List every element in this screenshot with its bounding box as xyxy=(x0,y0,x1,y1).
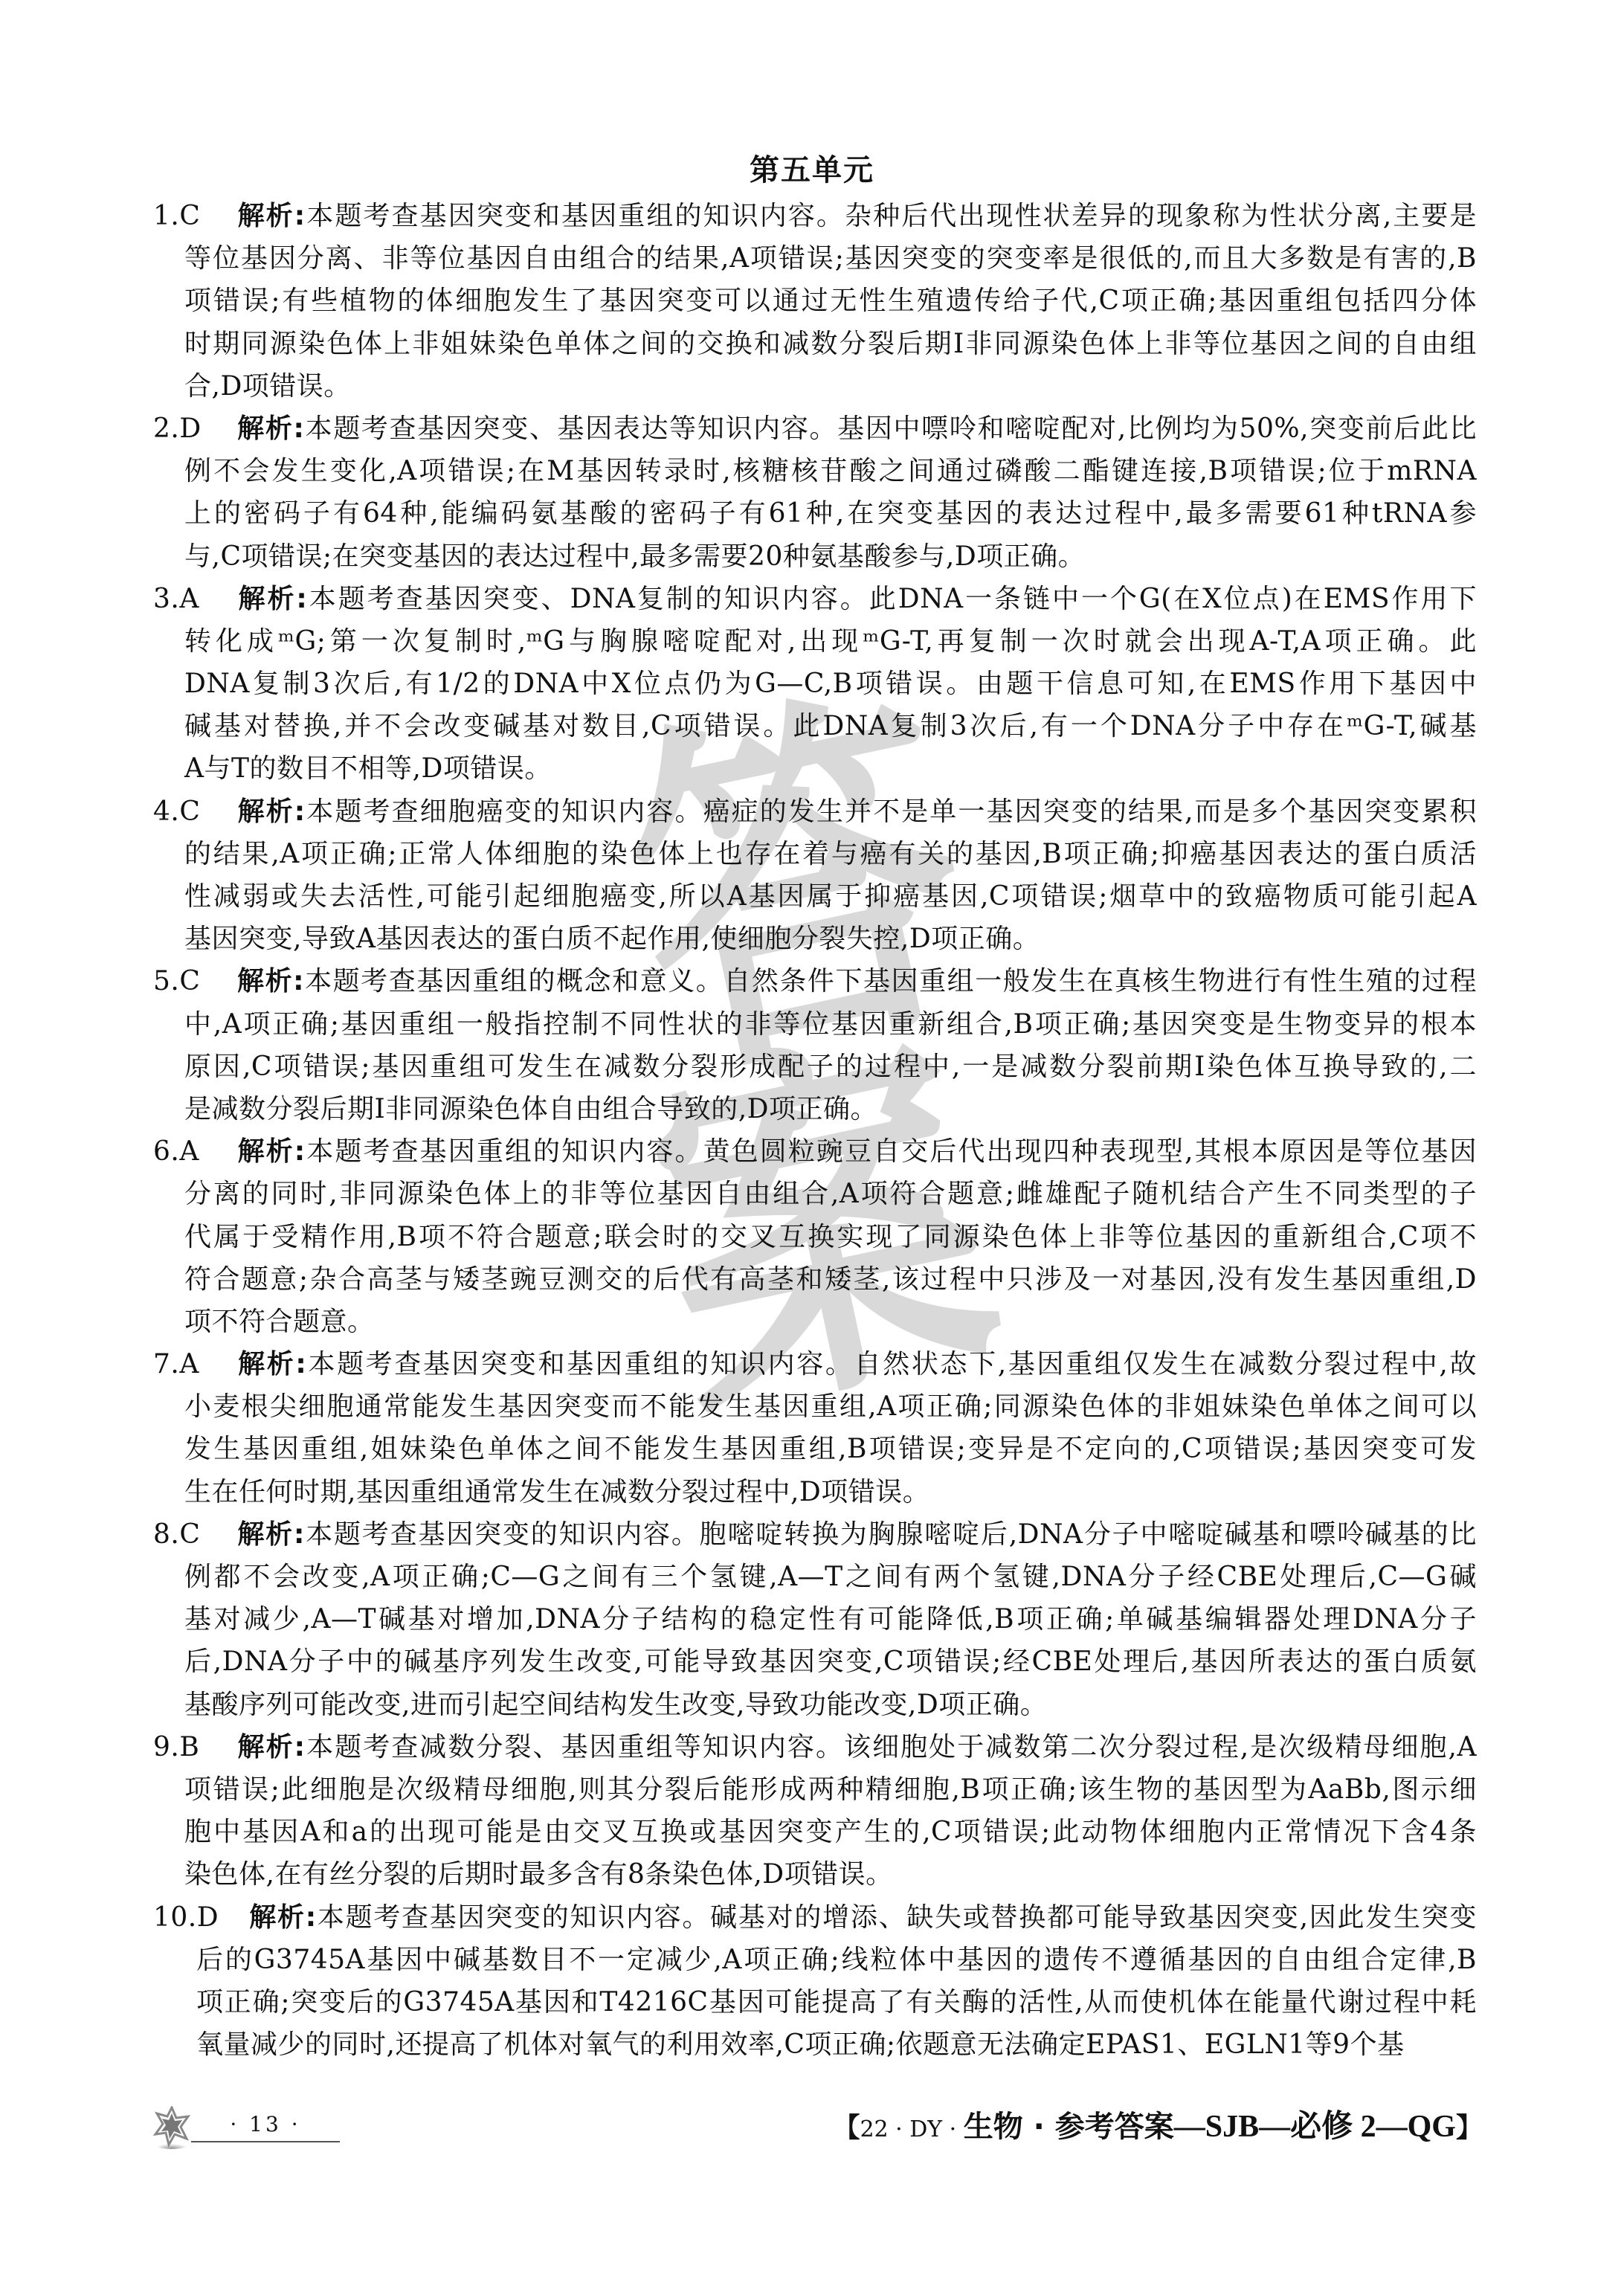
answer-line: A与T的数目不相等,D项错误。 xyxy=(153,747,1477,790)
answer-text: 合,D项错误。 xyxy=(184,371,351,402)
answer-item: 7.A解析:本题考查基因突变和基因重组的知识内容。自然状态下,基因重组仅发生在减… xyxy=(153,1343,1477,1513)
answer-line: 项错误;此细胞是次级精母细胞,则其分裂后能形成两种精细胞,B项正确;该生物的基因… xyxy=(153,1768,1477,1811)
answer-line: 染色体,在有丝分裂的后期时最多含有8条染色体,D项错误。 xyxy=(153,1853,1477,1896)
bracket-open: 【 xyxy=(833,2113,860,2143)
page-title: 第五单元 xyxy=(0,146,1624,189)
answer-line: 合,D项错误。 xyxy=(153,365,1477,408)
answer-line: 小麦根尖细胞通常能发生基因突变而不能发生基因重组,A项正确;同源染色体的非姐妹染… xyxy=(153,1385,1477,1428)
answer-text: 发生基因重组,姐妹染色单体之间不能发生基因重组,B项错误;变异是不定向的,C项错… xyxy=(184,1434,1477,1464)
answer-text: 本题考查基因突变、DNA复制的知识内容。此DNA一条链中一个G(在X位点)在EM… xyxy=(307,584,1477,614)
answer-text: 上的密码子有64种,能编码氨基酸的密码子有61种,在突变基因的表达过程中,最多需… xyxy=(184,498,1477,529)
answer-text: 小麦根尖细胞通常能发生基因突变而不能发生基因重组,A项正确;同源染色体的非姐妹染… xyxy=(184,1391,1477,1422)
answer-text: 氧量减少的同时,还提高了机体对氧气的利用效率,C项正确;依题意无法确定EPAS1… xyxy=(196,2029,1405,2060)
answer-first-line: 3.A解析:本题考查基因突变、DNA复制的知识内容。此DNA一条链中一个G(在X… xyxy=(153,578,1477,620)
answer-item: 10.D解析:本题考查基因突变的知识内容。碱基对的增添、缺失或替换都可能导致基因… xyxy=(153,1896,1477,2067)
answer-line: 例都不会改变,A项正确;C—G之间有三个氢键,A—T之间有两个氢键,DNA分子经… xyxy=(153,1556,1477,1598)
answer-text: 分离的同时,非同源染色体上的非等位基因自由组合,A项符合题意;雌雄配子随机结合产… xyxy=(184,1179,1477,1209)
answer-item: 5.C解析:本题考查基因重组的概念和意义。自然条件下基因重组一般发生在真核生物进… xyxy=(153,960,1477,1130)
answer-first-line: 9.B解析:本题考查减数分裂、基因重组等知识内容。该细胞处于减数第二次分裂过程,… xyxy=(153,1726,1477,1768)
analysis-label: 解析: xyxy=(236,201,306,231)
answer-line: 代属于受精作用,B项不符合题意;联会时的交叉互换实现了同源染色体上非等位基因的重… xyxy=(153,1216,1477,1258)
answer-item: 3.A解析:本题考查基因突变、DNA复制的知识内容。此DNA一条链中一个G(在X… xyxy=(153,578,1477,790)
answer-number: 2.D xyxy=(153,408,236,450)
answer-line: 时期同源染色体上非姐妹染色单体之间的交换和减数分裂后期Ⅰ非同源染色体上非等位基因… xyxy=(153,323,1477,365)
answer-text: 后,DNA分子中的碱基序列发生改变,可能导致基因突变,C项错误;经CBE处理后,… xyxy=(184,1646,1477,1677)
answer-item: 8.C解析:本题考查基因突变的知识内容。胞嘧啶转换为胸腺嘧啶后,DNA分子中嘧啶… xyxy=(153,1513,1477,1726)
answer-text: 后的G3745A基因中碱基数目不一定减少,A项正确;线粒体中基因的遗传不遵循基因… xyxy=(196,1945,1477,1975)
answer-text: 是减数分裂后期Ⅰ非同源染色体自由组合导致的,D项正确。 xyxy=(184,1094,877,1124)
answer-number: 9.B xyxy=(153,1726,236,1768)
answer-number: 4.C xyxy=(153,790,236,833)
answer-line: 胞中基因A和a的出现可能是由交叉互换或基因突变产生的,C项错误;此动物体细胞内正… xyxy=(153,1811,1477,1853)
book-code: 【22 · DY · 生物 · 参考答案—SJB—必修 2—QG】 xyxy=(833,2102,1483,2146)
answer-line: 基对减少,A—T碱基对增加,DNA分子结构的稳定性有可能降低,B项正确;单碱基编… xyxy=(153,1598,1477,1640)
answer-line: 后,DNA分子中的碱基序列发生改变,可能导致基因突变,C项错误;经CBE处理后,… xyxy=(153,1640,1477,1683)
answer-line: 项错误;有些植物的体细胞发生了基因突变可以通过无性生殖遗传给子代,C项正确;基因… xyxy=(153,280,1477,322)
answer-line: 原因,C项错误;基因重组可发生在减数分裂形成配子的过程中,一是减数分裂前期Ⅰ染色… xyxy=(153,1046,1477,1088)
answer-text: 本题考查细胞癌变的知识内容。癌症的发生并不是单一基因突变的结果,而是多个基因突变… xyxy=(306,796,1477,827)
answer-item: 9.B解析:本题考查减数分裂、基因重组等知识内容。该细胞处于减数第二次分裂过程,… xyxy=(153,1726,1477,1896)
answer-line: DNA复制3次后,有1/2的DNA中X位点仍为G—C,B项错误。由题干信息可知,… xyxy=(153,663,1477,705)
bracket-close: 】 xyxy=(1456,2113,1483,2143)
answer-text: 染色体,在有丝分裂的后期时最多含有8条染色体,D项错误。 xyxy=(184,1859,893,1890)
star-logo-icon xyxy=(152,2106,191,2149)
answer-text: 原因,C项错误;基因重组可发生在减数分裂形成配子的过程中,一是减数分裂前期Ⅰ染色… xyxy=(184,1052,1477,1082)
answer-text: A与T的数目不相等,D项错误。 xyxy=(184,753,552,784)
answer-text: 的结果,A项正确;正常人体细胞的染色体上也存在着与癌有关的基因,B项正确;抑癌基… xyxy=(184,839,1477,869)
answer-text: 基酸序列可能改变,进而引起空间结构发生改变,导致功能改变,D项正确。 xyxy=(184,1690,1047,1720)
answer-text: 碱基对替换,并不会改变碱基对数目,C项错误。此DNA复制3次后,有一个DNA分子… xyxy=(184,711,1477,741)
answer-line: 例不会发生变化,A项错误;在M基因转录时,核糖核苷酸之间通过磷酸二酯键连接,B项… xyxy=(153,450,1477,492)
answer-number: 7.A xyxy=(153,1343,236,1385)
answer-number: 6.A xyxy=(153,1130,236,1173)
book-series: —SJB—必修 2—QG xyxy=(1174,2110,1456,2144)
answer-line: 中,A项正确;基因重组一般指控制不同性状的非等位基因重新组合,B项正确;基因突变… xyxy=(153,1003,1477,1046)
answer-line: 项正确;突变后的G3745A基因和T4216C基因可能提高了有关酶的活性,从而使… xyxy=(153,1981,1477,2023)
page-number-block: · 13 · xyxy=(152,2106,361,2151)
answer-text: 项错误;此细胞是次级精母细胞,则其分裂后能形成两种精细胞,B项正确;该生物的基因… xyxy=(184,1774,1477,1805)
analysis-label: 解析: xyxy=(236,1349,306,1379)
answer-text: 项不符合题意。 xyxy=(184,1307,375,1337)
analysis-label: 解析: xyxy=(236,1732,306,1762)
book-code-prefix: 22 · DY · xyxy=(860,2116,963,2142)
answer-first-line: 5.C解析:本题考查基因重组的概念和意义。自然条件下基因重组一般发生在真核生物进… xyxy=(153,960,1477,1002)
answer-text: 本题考查基因突变、基因表达等知识内容。基因中嘌呤和嘧啶配对,比例均为50%,突变… xyxy=(304,413,1477,444)
answer-item: 2.D解析:本题考查基因突变、基因表达等知识内容。基因中嘌呤和嘧啶配对,比例均为… xyxy=(153,408,1477,578)
answer-text: 例都不会改变,A项正确;C—G之间有三个氢键,A—T之间有两个氢键,DNA分子经… xyxy=(184,1562,1477,1592)
answer-first-line: 6.A解析:本题考查基因重组的知识内容。黄色圆粒豌豆自交后代出现四种表现型,其根… xyxy=(153,1130,1477,1173)
answer-line: 等位基因分离、非等位基因自由组合的结果,A项错误;基因突变的突变率是很低的,而且… xyxy=(153,237,1477,280)
answer-first-line: 4.C解析:本题考查细胞癌变的知识内容。癌症的发生并不是单一基因突变的结果,而是… xyxy=(153,790,1477,833)
answer-text: 本题考查基因突变和基因重组的知识内容。自然状态下,基因重组仅发生在减数分裂过程中… xyxy=(306,1349,1477,1379)
answer-line: 基因突变,导致A基因表达的蛋白质不起作用,使细胞分裂失控,D项正确。 xyxy=(153,918,1477,960)
page-number: · 13 · xyxy=(191,2112,340,2142)
answer-number: 1.C xyxy=(153,195,236,237)
answer-first-line: 8.C解析:本题考查基因突变的知识内容。胞嘧啶转换为胸腺嘧啶后,DNA分子中嘧啶… xyxy=(153,1513,1477,1556)
answer-line: 发生基因重组,姐妹染色单体之间不能发生基因重组,B项错误;变异是不定向的,C项错… xyxy=(153,1428,1477,1470)
answer-line: 基酸序列可能改变,进而引起空间结构发生改变,导致功能改变,D项正确。 xyxy=(153,1684,1477,1726)
answer-text: 例不会发生变化,A项错误;在M基因转录时,核糖核苷酸之间通过磷酸二酯键连接,B项… xyxy=(184,456,1477,486)
answer-list: 1.C解析:本题考查基因突变和基因重组的知识内容。杂种后代出现性状差异的现象称为… xyxy=(153,195,1477,2066)
answer-text: DNA复制3次后,有1/2的DNA中X位点仍为G—C,B项错误。由题干信息可知,… xyxy=(184,669,1477,699)
answer-line: 符合题意;杂合高茎与矮茎豌豆测交的后代有高茎和矮茎,该过程中只涉及一对基因,没有… xyxy=(153,1258,1477,1301)
answer-text: 本题考查基因重组的知识内容。黄色圆粒豌豆自交后代出现四种表现型,其根本原因是等位… xyxy=(306,1136,1477,1167)
answer-item: 6.A解析:本题考查基因重组的知识内容。黄色圆粒豌豆自交后代出现四种表现型,其根… xyxy=(153,1130,1477,1343)
answer-first-line: 2.D解析:本题考查基因突变、基因表达等知识内容。基因中嘌呤和嘧啶配对,比例均为… xyxy=(153,408,1477,450)
answer-number: 10.D xyxy=(153,1896,248,1939)
answer-line: 生在任何时期,基因重组通常发生在减数分裂过程中,D项错误。 xyxy=(153,1471,1477,1513)
answer-number: 3.A xyxy=(153,578,236,620)
answer-text: 代属于受精作用,B项不符合题意;联会时的交叉互换实现了同源染色体上非等位基因的重… xyxy=(184,1222,1477,1252)
answer-line: 碱基对替换,并不会改变碱基对数目,C项错误。此DNA复制3次后,有一个DNA分子… xyxy=(153,705,1477,747)
analysis-label: 解析: xyxy=(236,1136,306,1167)
answer-text: 基对减少,A—T碱基对增加,DNA分子结构的稳定性有可能降低,B项正确;单碱基编… xyxy=(184,1604,1477,1635)
answer-number: 8.C xyxy=(153,1513,236,1556)
answer-line: 后的G3745A基因中碱基数目不一定减少,A项正确;线粒体中基因的遗传不遵循基因… xyxy=(153,1939,1477,1981)
answer-text: 时期同源染色体上非姐妹染色单体之间的交换和减数分裂后期Ⅰ非同源染色体上非等位基因… xyxy=(184,329,1477,359)
answer-first-line: 10.D解析:本题考查基因突变的知识内容。碱基对的增添、缺失或替换都可能导致基因… xyxy=(153,1896,1477,1939)
answer-first-line: 7.A解析:本题考查基因突变和基因重组的知识内容。自然状态下,基因重组仅发生在减… xyxy=(153,1343,1477,1385)
analysis-label: 解析: xyxy=(236,796,306,827)
answer-text: 胞中基因A和a的出现可能是由交叉互换或基因突变产生的,C项错误;此动物体细胞内正… xyxy=(184,1817,1477,1847)
answer-line: 分离的同时,非同源染色体上的非等位基因自由组合,A项符合题意;雌雄配子随机结合产… xyxy=(153,1173,1477,1215)
analysis-label: 解析: xyxy=(236,584,307,614)
answer-text: 本题考查基因重组的概念和意义。自然条件下基因重组一般发生在真核生物进行有性生殖的… xyxy=(304,966,1477,996)
answer-text: 转化成ᵐG;第一次复制时,ᵐG与胸腺嘧啶配对,出现ᵐG-T,再复制一次时就会出现… xyxy=(184,626,1477,657)
answer-line: 转化成ᵐG;第一次复制时,ᵐG与胸腺嘧啶配对,出现ᵐG-T,再复制一次时就会出现… xyxy=(153,620,1477,663)
answer-item: 1.C解析:本题考查基因突变和基因重组的知识内容。杂种后代出现性状差异的现象称为… xyxy=(153,195,1477,408)
answer-text: 中,A项正确;基因重组一般指控制不同性状的非等位基因重新组合,B项正确;基因突变… xyxy=(184,1009,1477,1040)
book-subject: 生物 · 参考答案 xyxy=(964,2110,1174,2144)
analysis-label: 解析: xyxy=(236,1519,305,1550)
answer-line: 与,C项错误;在突变基因的表达过程中,最多需要20种氨基酸参与,D项正确。 xyxy=(153,535,1477,578)
analysis-label: 解析: xyxy=(236,413,304,444)
answer-line: 氧量减少的同时,还提高了机体对氧气的利用效率,C项正确;依题意无法确定EPAS1… xyxy=(153,2023,1477,2066)
answer-line: 项不符合题意。 xyxy=(153,1301,1477,1343)
answer-item: 4.C解析:本题考查细胞癌变的知识内容。癌症的发生并不是单一基因突变的结果,而是… xyxy=(153,790,1477,961)
answer-text: 基因突变,导致A基因表达的蛋白质不起作用,使细胞分裂失控,D项正确。 xyxy=(184,924,1040,954)
answer-text: 本题考查基因突变和基因重组的知识内容。杂种后代出现性状差异的现象称为性状分离,主… xyxy=(306,201,1477,231)
answer-text: 与,C项错误;在突变基因的表达过程中,最多需要20种氨基酸参与,D项正确。 xyxy=(184,541,1085,572)
answer-line: 上的密码子有64种,能编码氨基酸的密码子有61种,在突变基因的表达过程中,最多需… xyxy=(153,492,1477,535)
answer-first-line: 1.C解析:本题考查基因突变和基因重组的知识内容。杂种后代出现性状差异的现象称为… xyxy=(153,195,1477,237)
answer-line: 是减数分裂后期Ⅰ非同源染色体自由组合导致的,D项正确。 xyxy=(153,1088,1477,1130)
answer-text: 项正确;突变后的G3745A基因和T4216C基因可能提高了有关酶的活性,从而使… xyxy=(196,1987,1477,2018)
analysis-label: 解析: xyxy=(236,966,304,996)
answer-text: 项错误;有些植物的体细胞发生了基因突变可以通过无性生殖遗传给子代,C项正确;基因… xyxy=(184,286,1477,316)
answer-line: 性减弱或失去活性,可能引起细胞癌变,所以A基因属于抑癌基因,C项错误;烟草中的致… xyxy=(153,875,1477,918)
answer-text: 生在任何时期,基因重组通常发生在减数分裂过程中,D项错误。 xyxy=(184,1477,929,1507)
answer-number: 5.C xyxy=(153,960,236,1002)
answer-text: 性减弱或失去活性,可能引起细胞癌变,所以A基因属于抑癌基因,C项错误;烟草中的致… xyxy=(184,881,1477,912)
answer-text: 符合题意;杂合高茎与矮茎豌豆测交的后代有高茎和矮茎,该过程中只涉及一对基因,没有… xyxy=(184,1264,1477,1295)
answer-text: 本题考查基因突变的知识内容。碱基对的增添、缺失或替换都可能导致基因突变,因此发生… xyxy=(317,1902,1477,1933)
answer-text: 本题考查基因突变的知识内容。胞嘧啶转换为胸腺嘧啶后,DNA分子中嘧啶碱基和嘌呤碱… xyxy=(305,1519,1477,1550)
analysis-label: 解析: xyxy=(248,1902,317,1933)
answer-text: 本题考查减数分裂、基因重组等知识内容。该细胞处于减数第二次分裂过程,是次级精母细… xyxy=(306,1732,1477,1762)
answer-line: 的结果,A项正确;正常人体细胞的染色体上也存在着与癌有关的基因,B项正确;抑癌基… xyxy=(153,833,1477,875)
answer-text: 等位基因分离、非等位基因自由组合的结果,A项错误;基因突变的突变率是很低的,而且… xyxy=(184,243,1477,274)
